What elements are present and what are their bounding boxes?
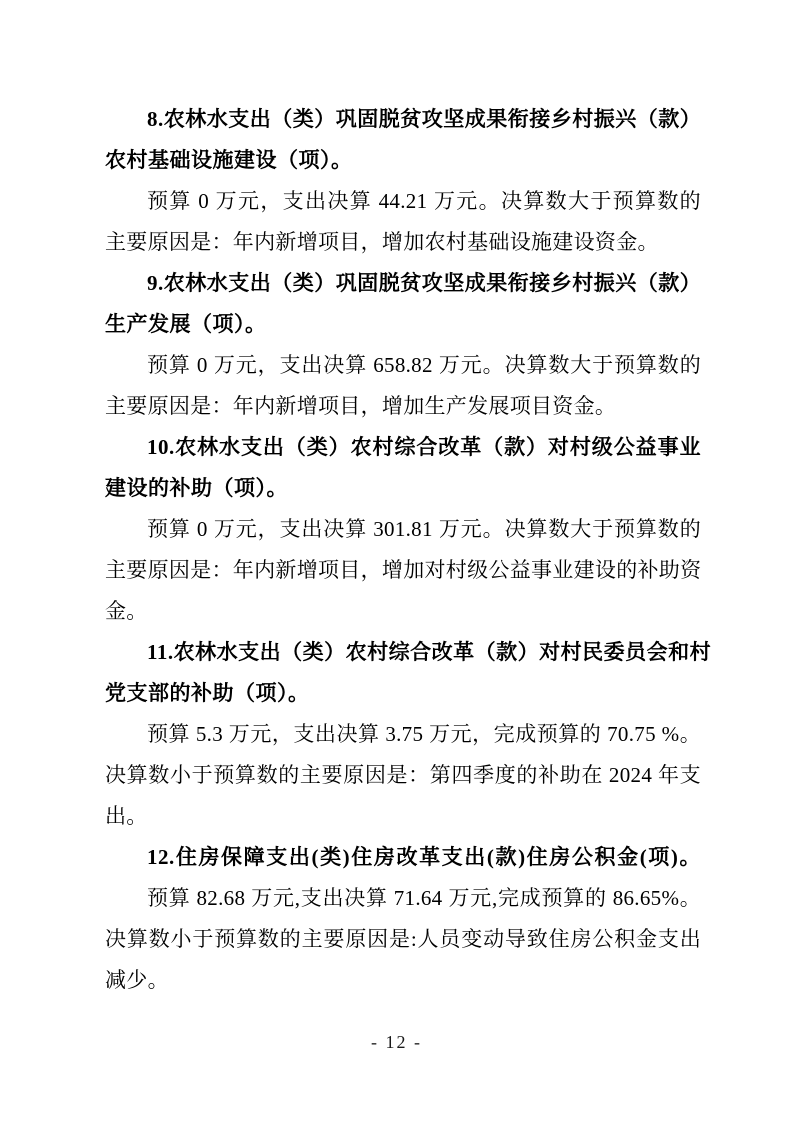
- section-item-9: 9.农林水支出（类）巩固脱贫攻坚成果衔接乡村振兴（款） 生产发展（项）。 预算 …: [105, 263, 701, 427]
- section-11-heading-line-1: 11.农林水支出（类）农村综合改革（款）对村民委员会和村: [105, 632, 701, 673]
- section-10-heading-line-2: 建设的补助（项）。: [105, 468, 701, 509]
- section-12-body-line-3: 减少。: [105, 960, 701, 1001]
- section-8-body-line-2: 主要原因是：年内新增项目，增加农村基础设施建设资金。: [105, 222, 701, 263]
- section-12-body-line-2: 决算数小于预算数的主要原因是:人员变动导致住房公积金支出: [105, 919, 701, 960]
- section-8-heading-line-1: 8.农林水支出（类）巩固脱贫攻坚成果衔接乡村振兴（款）: [105, 99, 701, 140]
- section-item-12: 12.住房保障支出(类)住房改革支出(款)住房公积金(项)。 预算 82.68 …: [105, 837, 701, 1001]
- section-12-body-line-1: 预算 82.68 万元,支出决算 71.64 万元,完成预算的 86.65%。: [105, 878, 701, 919]
- section-8-body-line-1: 预算 0 万元，支出决算 44.21 万元。决算数大于预算数的: [105, 181, 701, 222]
- document-page: 8.农林水支出（类）巩固脱贫攻坚成果衔接乡村振兴（款） 农村基础设施建设（项）。…: [0, 0, 793, 1122]
- section-8-heading-line-2: 农村基础设施建设（项）。: [105, 140, 701, 181]
- section-11-body-line-1: 预算 5.3 万元，支出决算 3.75 万元，完成预算的 70.75 %。: [105, 714, 701, 755]
- section-item-8: 8.农林水支出（类）巩固脱贫攻坚成果衔接乡村振兴（款） 农村基础设施建设（项）。…: [105, 99, 701, 263]
- section-9-body-line-1: 预算 0 万元，支出决算 658.82 万元。决算数大于预算数的: [105, 345, 701, 386]
- section-item-11: 11.农林水支出（类）农村综合改革（款）对村民委员会和村 党支部的补助（项）。 …: [105, 632, 701, 837]
- section-11-body-line-2: 决算数小于预算数的主要原因是：第四季度的补助在 2024 年支: [105, 755, 701, 796]
- section-10-body-line-1: 预算 0 万元，支出决算 301.81 万元。决算数大于预算数的: [105, 509, 701, 550]
- section-11-heading-line-2: 党支部的补助（项）。: [105, 673, 701, 714]
- section-9-heading-line-2: 生产发展（项）。: [105, 304, 701, 345]
- page-footer: - 12 -: [0, 1022, 793, 1062]
- section-10-body-line-3: 金。: [105, 591, 701, 632]
- section-10-heading-line-1: 10.农林水支出（类）农村综合改革（款）对村级公益事业: [105, 427, 701, 468]
- document-content: 8.农林水支出（类）巩固脱贫攻坚成果衔接乡村振兴（款） 农村基础设施建设（项）。…: [105, 99, 701, 1001]
- section-11-body-line-3: 出。: [105, 796, 701, 837]
- section-10-body-line-2: 主要原因是：年内新增项目，增加对村级公益事业建设的补助资: [105, 550, 701, 591]
- section-item-10: 10.农林水支出（类）农村综合改革（款）对村级公益事业 建设的补助（项）。 预算…: [105, 427, 701, 632]
- section-9-body-line-2: 主要原因是：年内新增项目，增加生产发展项目资金。: [105, 386, 701, 427]
- section-12-heading-line-1: 12.住房保障支出(类)住房改革支出(款)住房公积金(项)。: [105, 837, 701, 878]
- section-9-heading-line-1: 9.农林水支出（类）巩固脱贫攻坚成果衔接乡村振兴（款）: [105, 263, 701, 304]
- page-number: - 12 -: [371, 1032, 422, 1052]
